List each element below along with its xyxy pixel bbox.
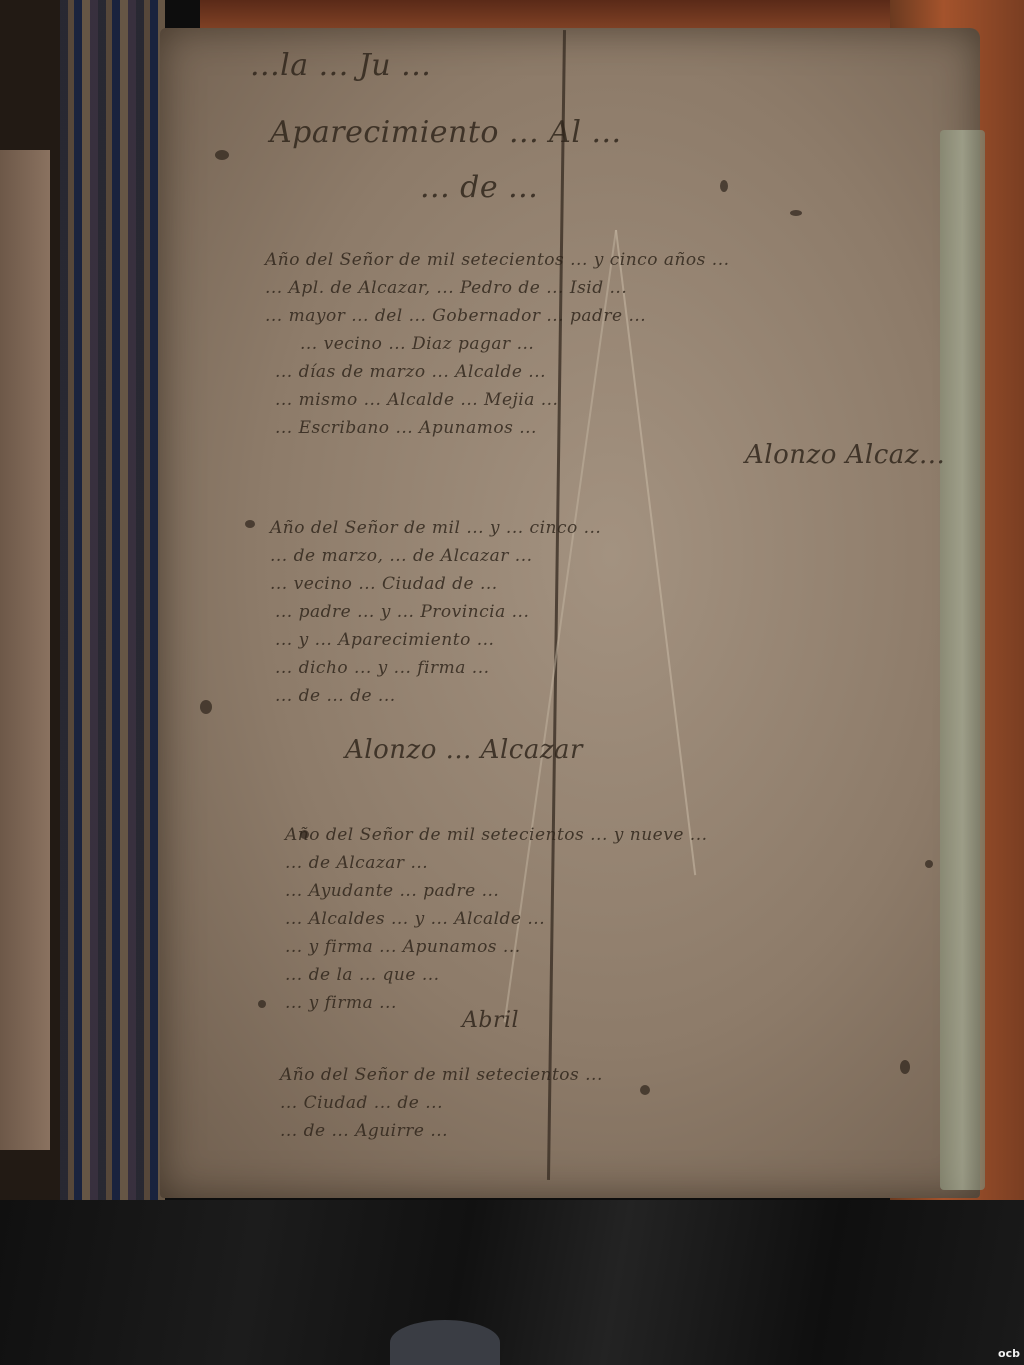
entry-line: Año del Señor de mil ... y ... cinco ... <box>270 518 601 538</box>
month-heading: Abril <box>462 1008 519 1033</box>
entry-line: ... Alcaldes ... y ... Alcalde ... <box>285 909 545 929</box>
entry-line: ... padre ... y ... Provincia ... <box>275 602 529 622</box>
entry-line: ... de ... Aguirre ... <box>280 1121 448 1141</box>
entry-line: ... de marzo, ... de Alcazar ... <box>270 546 533 566</box>
entry-line: Año del Señor de mil setecientos ... y c… <box>265 250 730 270</box>
entry-line: Año del Señor de mil setecientos ... y n… <box>285 825 708 845</box>
signature: Alonzo ... Alcazar <box>345 735 583 765</box>
entry-line: ... y firma ... <box>285 993 397 1013</box>
entry-line: ... días de marzo ... Alcalde ... <box>275 362 546 382</box>
manuscript-photo: ...la ... Ju ... Aparecimiento ... Al ..… <box>0 0 1024 1365</box>
page-edge-right <box>940 130 985 1190</box>
entry-line: ... Ayudante ... padre ... <box>285 881 499 901</box>
fabric-highlight <box>390 1320 500 1365</box>
entry-line: ... Ciudad ... de ... <box>280 1093 443 1113</box>
entry-line: ... y firma ... Apunamos ... <box>285 937 521 957</box>
book-spine <box>60 0 165 1200</box>
entry-line: ... Escribano ... Apunamos ... <box>275 418 537 438</box>
entry-line: ... Apl. de Alcazar, ... Pedro de ... Is… <box>265 278 627 298</box>
entry-line: ... dicho ... y ... firma ... <box>275 658 490 678</box>
header-line: ...la ... Ju ... <box>250 48 431 83</box>
entry-line: Año del Señor de mil setecientos ... <box>280 1065 603 1085</box>
entry-line: ... de Alcazar ... <box>285 853 428 873</box>
entry-line: ... de ... de ... <box>275 686 396 706</box>
entry-line: ... de la ... que ... <box>285 965 440 985</box>
entry-line: ... y ... Aparecimiento ... <box>275 630 494 650</box>
dark-fabric-background <box>0 1200 1024 1365</box>
left-page-edge <box>0 150 50 1150</box>
watermark: ocb <box>998 1347 1020 1360</box>
entry-line: ... vecino ... Diaz pagar ... <box>300 334 534 354</box>
signature: Alonzo Alcaz... <box>745 440 945 470</box>
entry-line: ... vecino ... Ciudad de ... <box>270 574 498 594</box>
header-line: ... de ... <box>420 170 538 205</box>
entry-line: ... mayor ... del ... Gobernador ... pad… <box>265 306 646 326</box>
entry-line: ... mismo ... Alcalde ... Mejia ... <box>275 390 558 410</box>
header-line: Aparecimiento ... Al ... <box>270 115 622 150</box>
